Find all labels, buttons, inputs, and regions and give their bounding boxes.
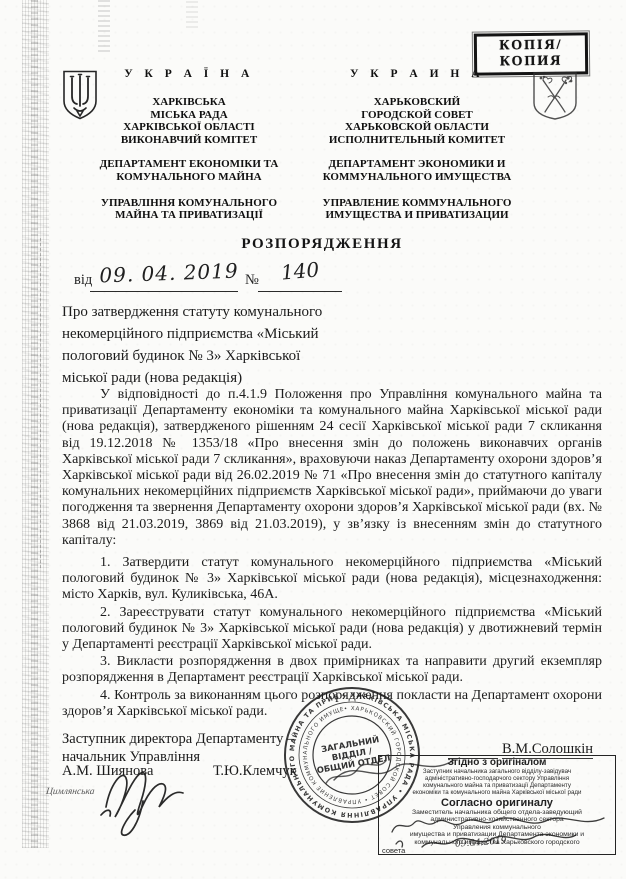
date-underline	[90, 291, 238, 292]
number-underline	[258, 291, 342, 292]
subject-paragraph: Про затвердження статуту комунального не…	[62, 301, 364, 389]
org-name-line: ХАРЬКОВСКИЙ	[306, 96, 528, 109]
org-name-line: ХАРЬКОВСКОЙ ОБЛАСТИ	[306, 121, 528, 134]
copy-stamp-line: КОПІЯ/	[499, 38, 562, 55]
shyianova-signature	[98, 745, 216, 840]
cert-ru-heading: Согласно оригиналу	[382, 797, 612, 809]
org-name-line: ХАРКІВСЬКОЇ ОБЛАСТІ	[78, 121, 300, 134]
header-left-column: У К Р А Ї Н А ХАРКІВСЬКА МІСЬКА РАДА ХАР…	[78, 68, 300, 222]
org-name-line: ГОРОДСКОЙ СОВЕТ	[306, 109, 528, 122]
cert-signature-scrawl	[386, 814, 612, 852]
scan-noise-streak	[98, 0, 110, 52]
seal-crossing-scrawl	[330, 748, 460, 794]
org-name-line: МІСЬКА РАДА	[78, 109, 300, 122]
approver-line	[448, 744, 498, 759]
unit-name-line: УПРАВЛЕНИЕ КОММУНАЛЬНОГО	[306, 197, 528, 210]
department-name-line: КОМУНАЛЬНОГО МАЙНА	[78, 171, 300, 184]
copy-stamp: КОПІЯ/ КОПИЯ	[474, 32, 588, 75]
copy-stamp-line: КОПИЯ	[500, 54, 563, 71]
handwritten-number: 140	[257, 255, 343, 286]
unit-name-line: ИМУЩЕСТВА И ПРИВАТИЗАЦИИ	[306, 209, 528, 222]
unit-name-line: УПРАВЛІННЯ КОМУНАЛЬНОГО	[78, 197, 300, 210]
org-name-line: ХАРКІВСЬКА	[78, 96, 300, 109]
header-right-column: У К Р А И Н А ХАРЬКОВСКИЙ ГОРОДСКОЙ СОВЕ…	[306, 68, 528, 222]
document-title: РОЗПОРЯДЖЕННЯ	[0, 236, 626, 253]
executor-note: Цимлянська	[45, 787, 95, 797]
intro-paragraph: У відповідності до п.4.1.9 Положення про…	[62, 387, 602, 549]
subject-line: пологовий будинок № 3» Харківської	[62, 345, 364, 367]
country-label-ua: У К Р А Ї Н А	[78, 68, 300, 80]
from-label: від	[74, 272, 92, 289]
subject-line: Про затвердження статуту комунального	[62, 301, 364, 323]
approver-signature-line: В.М.Солошкін	[448, 741, 614, 759]
org-name-line: ВИКОНАВЧИЙ КОМІТЕТ	[78, 134, 300, 147]
scan-noise-left-band	[22, 0, 49, 848]
scanned-document-page: У К Р А Ї Н А ХАРКІВСЬКА МІСЬКА РАДА ХАР…	[0, 0, 626, 879]
org-name-line: ИСПОЛНИТЕЛЬНЫЙ КОМИТЕТ	[306, 134, 528, 147]
subject-line: міської ради (нова редакція)	[62, 367, 364, 389]
number-label: №	[245, 272, 259, 289]
handwritten-date: 09. 04. 2019	[96, 258, 243, 287]
order-item-3: 3. Викласти розпорядження в двох примірн…	[62, 654, 602, 686]
scan-noise-dashes	[40, 238, 41, 568]
scan-noise-streak	[186, 0, 198, 28]
order-item-1: 1. Затвердити статут комунального некоме…	[62, 555, 602, 604]
order-item-2: 2. Зареєструвати статут комунального нек…	[62, 605, 602, 654]
subject-line: некомерційного підприємства «Міський	[62, 323, 364, 345]
kharkiv-emblem-icon	[532, 71, 578, 121]
department-name-line: КОММУНАЛЬНОГО ИМУЩЕСТВА	[306, 171, 528, 184]
unit-name-line: МАЙНА ТА ПРИВАТИЗАЦІЇ	[78, 209, 300, 222]
department-name-line: ДЕПАРТАМЕНТ ЕКОНОМІКИ ТА	[78, 158, 300, 171]
approver-name: В.М.Солошкін	[502, 741, 593, 759]
department-name-line: ДЕПАРТАМЕНТ ЭКОНОМИКИ И	[306, 158, 528, 171]
